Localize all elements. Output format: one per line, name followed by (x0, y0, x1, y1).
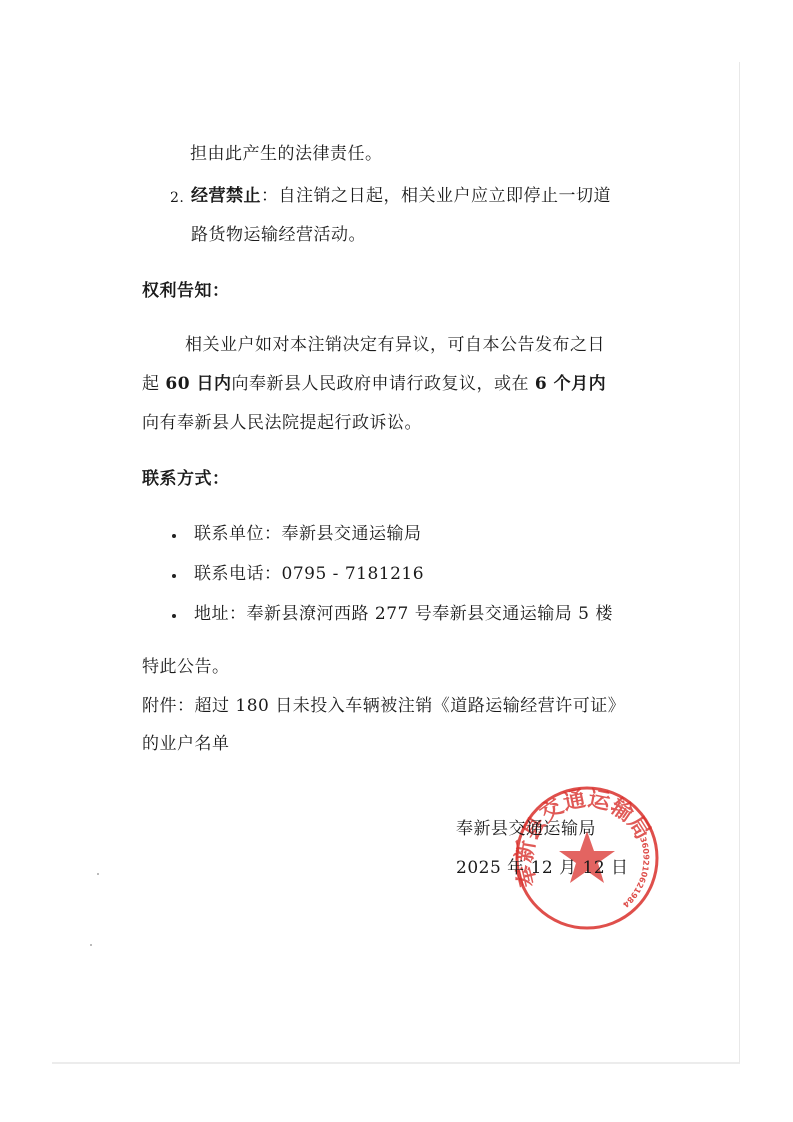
closing-text: 特此公告。 (142, 656, 230, 678)
bullet-icon (172, 614, 176, 618)
rights-line-2: 起 60 日内向奉新县人民政府申请行政复议，或在 6 个月内 (142, 373, 606, 395)
continuation-line: 担由此产生的法律责任。 (190, 143, 383, 165)
list-number: 2. (170, 187, 184, 209)
attachment-line-2: 的业户名单 (142, 733, 230, 755)
list-item-2-line1: 经营禁止：自注销之日起，相关业户应立即停止一切道 (191, 185, 611, 207)
contact-heading: 联系方式： (142, 468, 230, 490)
text: 向奉新县人民政府申请行政复议，或在 (231, 374, 534, 394)
list-item-text: 自注销之日起，相关业户应立即停止一切道 (279, 186, 612, 206)
colon: ： (261, 186, 279, 206)
attachment-line-1: 附件：超过 180 日未投入车辆被注销《道路运输经营许可证》 (142, 695, 625, 717)
rights-heading: 权利告知： (142, 280, 230, 302)
signature-date: 2025 年 12 月 12 日 (456, 857, 629, 879)
contact-address: 地址：奉新县潦河西路 277 号奉新县交通运输局 5 楼 (194, 603, 613, 625)
contact-unit: 联系单位：奉新县交通运输局 (194, 523, 422, 545)
bullet-icon (172, 534, 176, 538)
rights-line-3: 向有奉新县人民法院提起行政诉讼。 (142, 412, 422, 434)
bullet-icon (172, 574, 176, 578)
list-item-2-line2: 路货物运输经营活动。 (191, 224, 366, 246)
text: 起 (142, 374, 165, 394)
list-item-label: 经营禁止 (191, 186, 261, 206)
contact-phone: 联系电话：0795 - 7181216 (194, 563, 424, 585)
deadline-6-months: 6 个月内 (535, 374, 606, 394)
rights-line-1: 相关业户如对本注销决定有异议，可自本公告发布之日 (185, 334, 605, 356)
scan-speck (97, 873, 99, 875)
deadline-60-days: 60 日内 (165, 374, 231, 394)
scan-speck (90, 944, 92, 946)
signature-org: 奉新县交通运输局 (456, 818, 596, 840)
